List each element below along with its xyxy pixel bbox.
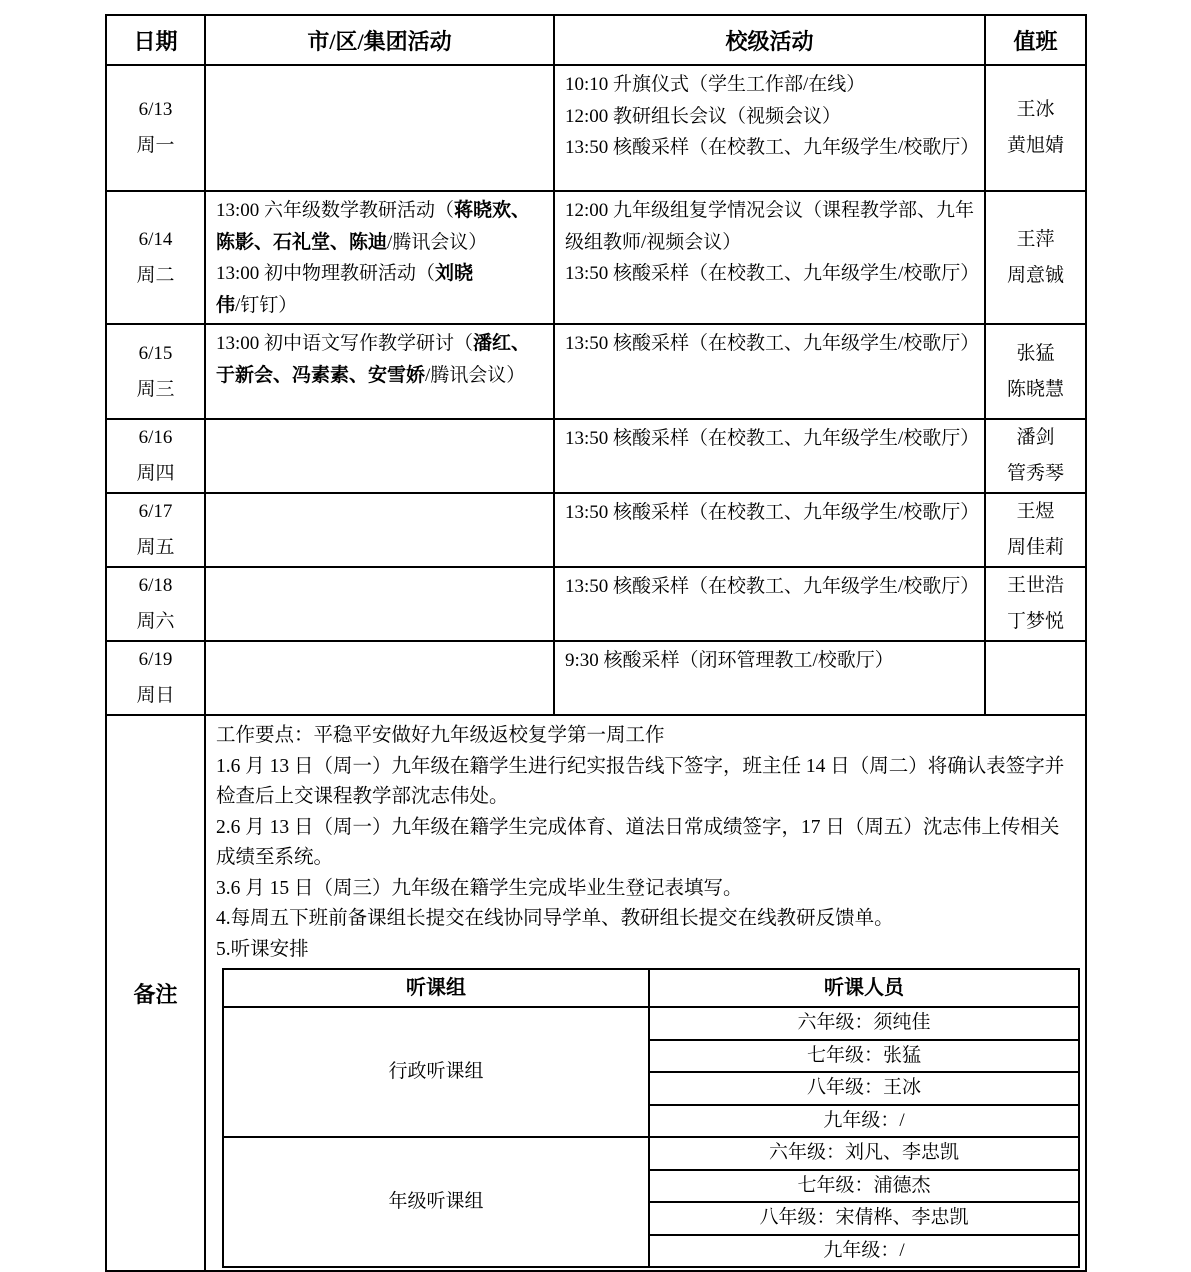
header-duty: 值班	[985, 15, 1086, 65]
listen-row: 年级听课组 六年级：刘凡、李忠凯	[223, 1137, 1079, 1170]
remarks-cell: 工作要点：平稳平安做好九年级返校复学第一周工作 1.6 月 13 日（周一）九年…	[205, 715, 1086, 1271]
document-page: 日期 市/区/集团活动 校级活动 值班 6/13 周一 10:10 升旗仪式（学…	[105, 14, 1087, 1272]
duty-cell: 潘剑 管秀琴	[985, 419, 1086, 493]
date-text: 6/14	[107, 222, 204, 258]
table-row-6-18: 6/18 周六 13:50 核酸采样（在校教工、九年级学生/校歌厅） 王世浩 丁…	[106, 567, 1086, 641]
listen-header-members: 听课人员	[649, 969, 1079, 1007]
date-text: 6/13	[107, 92, 204, 128]
duty-cell: 王世浩 丁梦悦	[985, 567, 1086, 641]
activity-item: 13:00 六年级数学教研活动（蒋晓欢、陈影、石礼堂、陈迪/腾讯会议）	[216, 195, 547, 258]
listen-group-name: 行政听课组	[223, 1007, 649, 1137]
date-text: 6/18	[107, 568, 204, 604]
date-text: 6/16	[107, 420, 204, 456]
weekday-text: 周二	[107, 258, 204, 294]
listen-member: 八年级：王冰	[649, 1072, 1079, 1105]
remarks-row: 备注 工作要点：平稳平安做好九年级返校复学第一周工作 1.6 月 13 日（周一…	[106, 715, 1086, 1271]
weekday-text: 周五	[107, 530, 204, 566]
duty-person: 王萍	[986, 222, 1085, 258]
date-cell: 6/18 周六	[106, 567, 205, 641]
table-row-6-13: 6/13 周一 10:10 升旗仪式（学生工作部/在线） 12:00 教研组长会…	[106, 65, 1086, 191]
remarks-line: 1.6 月 13 日（周一）九年级在籍学生进行纪实报告线下签字，班主任 14 日…	[216, 752, 1073, 813]
activity-item: 13:00 初中物理教研活动（刘晓伟/钉钉）	[216, 258, 547, 321]
school-activities-cell: 10:10 升旗仪式（学生工作部/在线） 12:00 教研组长会议（视频会议） …	[554, 65, 985, 191]
activity-item: 12:00 九年级组复学情况会议（课程教学部、九年级组教师/视频会议）	[565, 195, 978, 258]
activity-item: 13:50 核酸采样（在校教工、九年级学生/校歌厅）	[565, 132, 978, 164]
table-row-6-14: 6/14 周二 13:00 六年级数学教研活动（蒋晓欢、陈影、石礼堂、陈迪/腾讯…	[106, 191, 1086, 324]
school-activities-cell: 13:50 核酸采样（在校教工、九年级学生/校歌厅）	[554, 567, 985, 641]
remarks-label: 备注	[106, 715, 205, 1271]
activity-item: 13:00 初中语文写作教学研讨（潘红、于新会、冯素素、安雪娇/腾讯会议）	[216, 328, 547, 391]
date-cell: 6/15 周三	[106, 324, 205, 419]
activity-item: 12:00 教研组长会议（视频会议）	[565, 101, 978, 133]
listen-group-name: 年级听课组	[223, 1137, 649, 1267]
date-text: 6/19	[107, 642, 204, 678]
duty-person: 王世浩	[986, 568, 1085, 604]
listen-header-group: 听课组	[223, 969, 649, 1007]
header-row: 日期 市/区/集团活动 校级活动 值班	[106, 15, 1086, 65]
group-activities-cell	[205, 65, 554, 191]
duty-person: 陈晓慧	[986, 372, 1085, 408]
duty-person: 王煜	[986, 494, 1085, 530]
group-activities-cell	[205, 419, 554, 493]
school-activities-cell: 13:50 核酸采样（在校教工、九年级学生/校歌厅）	[554, 419, 985, 493]
duty-person: 周意铖	[986, 258, 1085, 294]
date-cell: 6/19 周日	[106, 641, 205, 715]
remarks-line: 5.听课安排	[216, 935, 1073, 966]
duty-person: 潘剑	[986, 420, 1085, 456]
remarks-line: 3.6 月 15 日（周三）九年级在籍学生完成毕业生登记表填写。	[216, 874, 1073, 905]
table-row-6-17: 6/17 周五 13:50 核酸采样（在校教工、九年级学生/校歌厅） 王煜 周佳…	[106, 493, 1086, 567]
listen-row: 行政听课组 六年级：须纯佳	[223, 1007, 1079, 1040]
weekday-text: 周三	[107, 372, 204, 408]
activity-item: 13:50 核酸采样（在校教工、九年级学生/校歌厅）	[565, 423, 978, 455]
duty-cell: 王萍 周意铖	[985, 191, 1086, 324]
header-group-activities: 市/区/集团活动	[205, 15, 554, 65]
duty-person: 周佳莉	[986, 530, 1085, 566]
duty-person: 王冰	[986, 92, 1085, 128]
activity-item: 13:50 核酸采样（在校教工、九年级学生/校歌厅）	[565, 328, 978, 360]
group-activities-cell: 13:00 六年级数学教研活动（蒋晓欢、陈影、石礼堂、陈迪/腾讯会议） 13:0…	[205, 191, 554, 324]
date-text: 6/17	[107, 494, 204, 530]
school-activities-cell: 12:00 九年级组复学情况会议（课程教学部、九年级组教师/视频会议） 13:5…	[554, 191, 985, 324]
activity-item: 9:30 核酸采样（闭环管理教工/校歌厅）	[565, 645, 978, 677]
group-activities-cell	[205, 493, 554, 567]
remarks-line: 工作要点：平稳平安做好九年级返校复学第一周工作	[216, 721, 1073, 752]
school-activities-cell: 9:30 核酸采样（闭环管理教工/校歌厅）	[554, 641, 985, 715]
activity-item: 13:50 核酸采样（在校教工、九年级学生/校歌厅）	[565, 258, 978, 290]
listen-member: 九年级：/	[649, 1105, 1079, 1138]
listen-member: 九年级：/	[649, 1235, 1079, 1268]
duty-person: 黄旭婧	[986, 128, 1085, 164]
listen-header-row: 听课组 听课人员	[223, 969, 1079, 1007]
listening-schedule-table: 听课组 听课人员 行政听课组 六年级：须纯佳 七年级：张猛	[222, 968, 1080, 1268]
school-activities-cell: 13:50 核酸采样（在校教工、九年级学生/校歌厅）	[554, 324, 985, 419]
header-school-activities: 校级活动	[554, 15, 985, 65]
duty-person: 张猛	[986, 336, 1085, 372]
school-activities-cell: 13:50 核酸采样（在校教工、九年级学生/校歌厅）	[554, 493, 985, 567]
listen-member: 八年级：宋倩桦、李忠凯	[649, 1202, 1079, 1235]
table-row-6-16: 6/16 周四 13:50 核酸采样（在校教工、九年级学生/校歌厅） 潘剑 管秀…	[106, 419, 1086, 493]
header-date: 日期	[106, 15, 205, 65]
group-activities-cell	[205, 641, 554, 715]
weekly-schedule-table: 日期 市/区/集团活动 校级活动 值班 6/13 周一 10:10 升旗仪式（学…	[105, 14, 1087, 1272]
duty-cell: 王煜 周佳莉	[985, 493, 1086, 567]
duty-person: 管秀琴	[986, 456, 1085, 492]
listen-member: 七年级：张猛	[649, 1040, 1079, 1073]
listen-member: 七年级：浦德杰	[649, 1170, 1079, 1203]
weekday-text: 周四	[107, 456, 204, 492]
duty-cell	[985, 641, 1086, 715]
group-activities-cell	[205, 567, 554, 641]
duty-person: 丁梦悦	[986, 604, 1085, 640]
date-cell: 6/16 周四	[106, 419, 205, 493]
remarks-line: 2.6 月 13 日（周一）九年级在籍学生完成体育、道法日常成绩签字，17 日（…	[216, 813, 1073, 874]
table-row-6-19: 6/19 周日 9:30 核酸采样（闭环管理教工/校歌厅）	[106, 641, 1086, 715]
remarks-line: 4.每周五下班前备课组长提交在线协同导学单、教研组长提交在线教研反馈单。	[216, 904, 1073, 935]
duty-cell: 王冰 黄旭婧	[985, 65, 1086, 191]
group-activities-cell: 13:00 初中语文写作教学研讨（潘红、于新会、冯素素、安雪娇/腾讯会议）	[205, 324, 554, 419]
activity-item: 10:10 升旗仪式（学生工作部/在线）	[565, 69, 978, 101]
listen-member: 六年级：刘凡、李忠凯	[649, 1137, 1079, 1170]
duty-cell: 张猛 陈晓慧	[985, 324, 1086, 419]
weekday-text: 周一	[107, 128, 204, 164]
activity-item: 13:50 核酸采样（在校教工、九年级学生/校歌厅）	[565, 497, 978, 529]
date-text: 6/15	[107, 336, 204, 372]
activity-item: 13:50 核酸采样（在校教工、九年级学生/校歌厅）	[565, 571, 978, 603]
date-cell: 6/13 周一	[106, 65, 205, 191]
listen-member: 六年级：须纯佳	[649, 1007, 1079, 1040]
weekday-text: 周日	[107, 678, 204, 714]
date-cell: 6/14 周二	[106, 191, 205, 324]
weekday-text: 周六	[107, 604, 204, 640]
table-row-6-15: 6/15 周三 13:00 初中语文写作教学研讨（潘红、于新会、冯素素、安雪娇/…	[106, 324, 1086, 419]
date-cell: 6/17 周五	[106, 493, 205, 567]
